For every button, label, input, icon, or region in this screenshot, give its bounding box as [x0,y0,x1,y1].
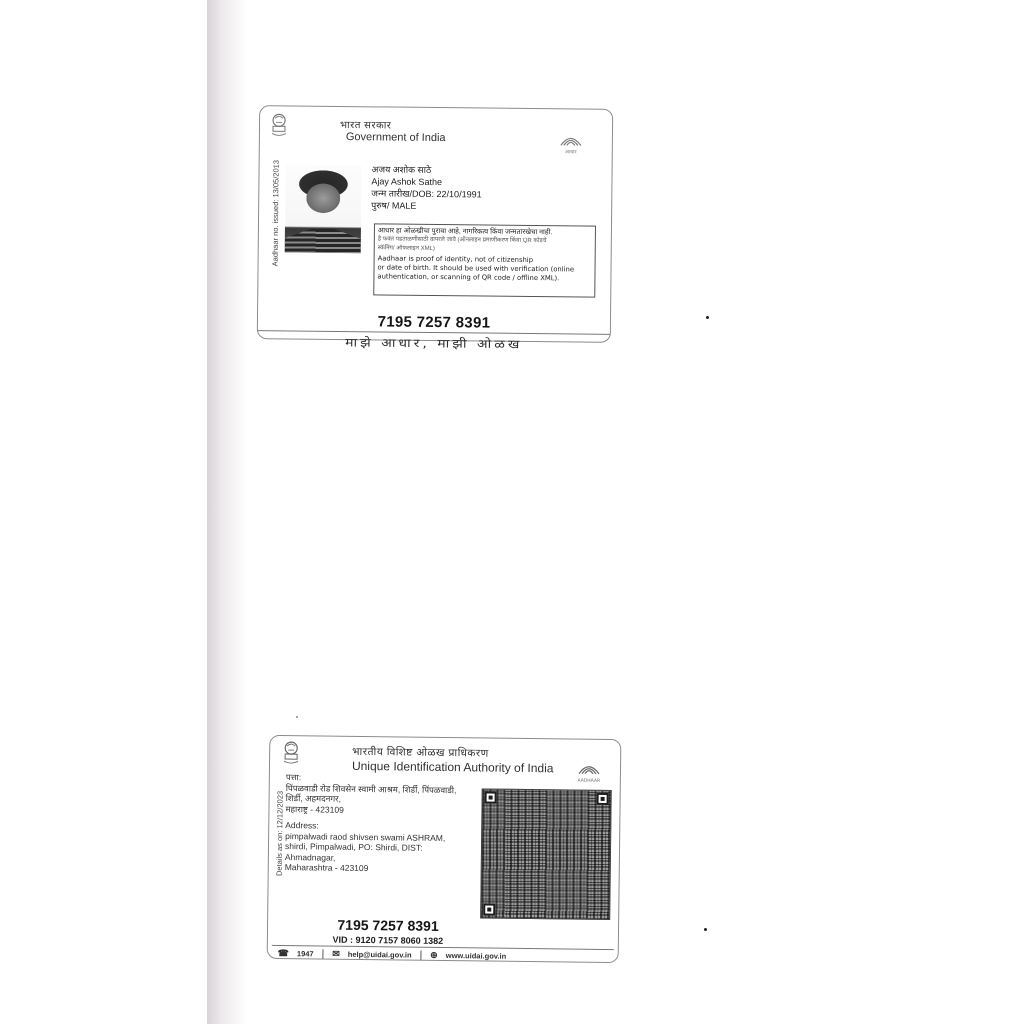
issued-date-side-text: Aadhaar no. issued: 13/05/2013 [271,160,281,266]
national-emblem-icon [280,740,302,768]
svg-text:आधार: आधार [565,149,578,155]
globe-icon: ⊕ [430,950,438,961]
name-english: Ajay Ashok Sathe [371,175,481,188]
address-block: पत्ता: पिंपळवाडी रोड शिवसेन स्वामी आश्रम… [285,772,486,875]
proof-notice-box: आधार हा ओळखीचा पुरावा आहे, नागरिकत्व किं… [373,223,596,297]
email-icon: ✉ [332,949,340,960]
notice-english-3: authentication, or scanning of QR code /… [377,272,591,283]
contact-footer: ☎ 1947 | ✉ help@uidai.gov.in | ⊕ www.uid… [278,948,608,963]
national-emblem-icon [268,112,290,140]
aadhaar-fingerprint-logo-icon: AADHAAR [574,760,604,784]
scan-speck [706,316,709,319]
email-address: help@uidai.gov.in [348,950,412,960]
details-date-side-text: Details as on: 12/12/2023 [275,791,285,876]
header-english: Government of India [346,131,446,144]
holder-photo [285,164,362,253]
phone-number: 1947 [297,949,314,958]
scan-speck [296,716,298,718]
name-marathi: अजय अशोक साठे [372,163,482,176]
svg-text:AADHAAR: AADHAAR [578,778,601,784]
dob: जन्म तारीख/DOB: 22/10/1991 [371,187,481,200]
separator: | [420,950,423,961]
qr-code [480,788,612,920]
scanner-page-edge [207,0,247,1024]
aadhaar-card-back: भारतीय विशिष्ट ओळख प्राधिकरण Unique Iden… [267,735,622,963]
website: www.uidai.gov.in [446,951,507,961]
address-line-english: Maharashtra - 423109 [285,862,485,875]
aadhaar-fingerprint-logo-icon: आधार [556,131,586,155]
aadhaar-card-front: भारत सरकार Government of India आधार Aadh… [257,105,613,343]
aadhaar-number-back: 7195 7257 8391 [268,916,508,935]
header-hindi: भारत सरकार [340,117,392,132]
separator: | [322,949,325,960]
holder-info: अजय अशोक साठे Ajay Ashok Sathe जन्म तारी… [371,163,482,212]
phone-icon: ☎ [278,948,289,959]
gender: पुरुष/ MALE [371,199,481,212]
tagline: माझे आधार, माझी ओळख [258,334,610,354]
scan-speck [704,928,707,931]
